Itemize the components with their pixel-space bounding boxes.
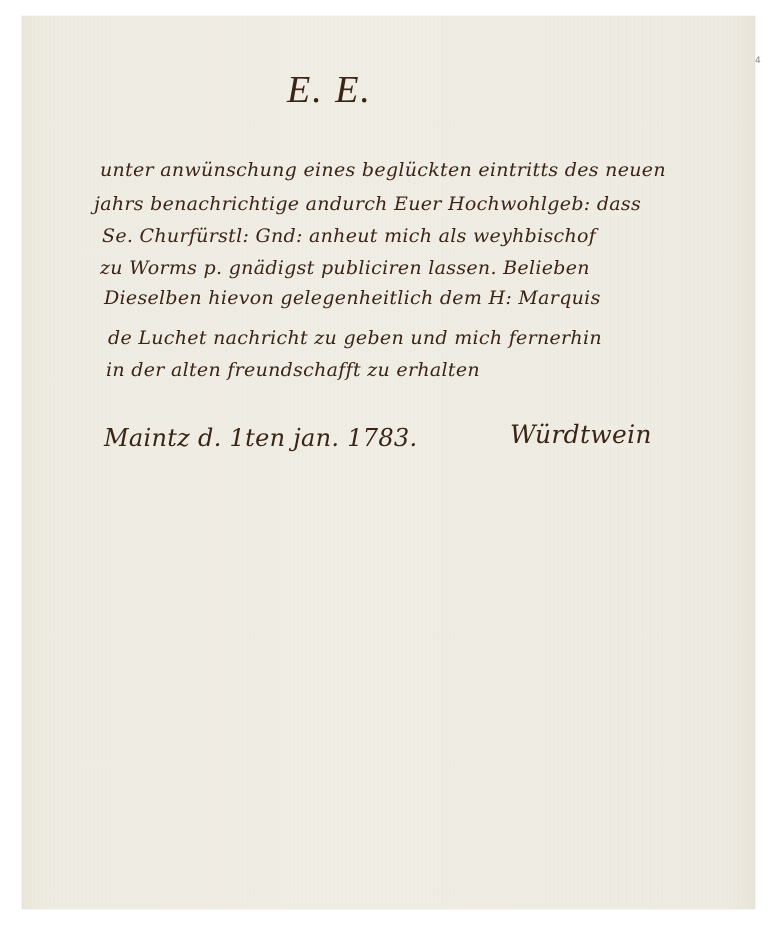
letter-page: 4 E. E. unter anwünschung eines beglückt…	[22, 16, 755, 909]
body-line: de Luchet nachricht zu geben und mich fe…	[108, 327, 602, 349]
body-line: in der alten freundschafft zu erhalten	[106, 359, 480, 381]
salutation: E. E.	[287, 68, 372, 112]
page-number: 4	[755, 56, 761, 66]
body-line: jahrs benachrichtige andurch Euer Hochwo…	[94, 193, 641, 215]
signature: Würdtwein	[510, 420, 652, 449]
body-line: zu Worms p. gnädigst publiciren lassen. …	[100, 257, 590, 279]
place-date: Maintz d. 1ten jan. 1783.	[104, 424, 417, 452]
body-line: Se. Churfürstl: Gnd: anheut mich als wey…	[102, 225, 596, 247]
body-line: unter anwünschung eines beglückten eintr…	[100, 159, 666, 181]
body-line: Dieselben hievon gelegenheitlich dem H: …	[104, 287, 601, 309]
